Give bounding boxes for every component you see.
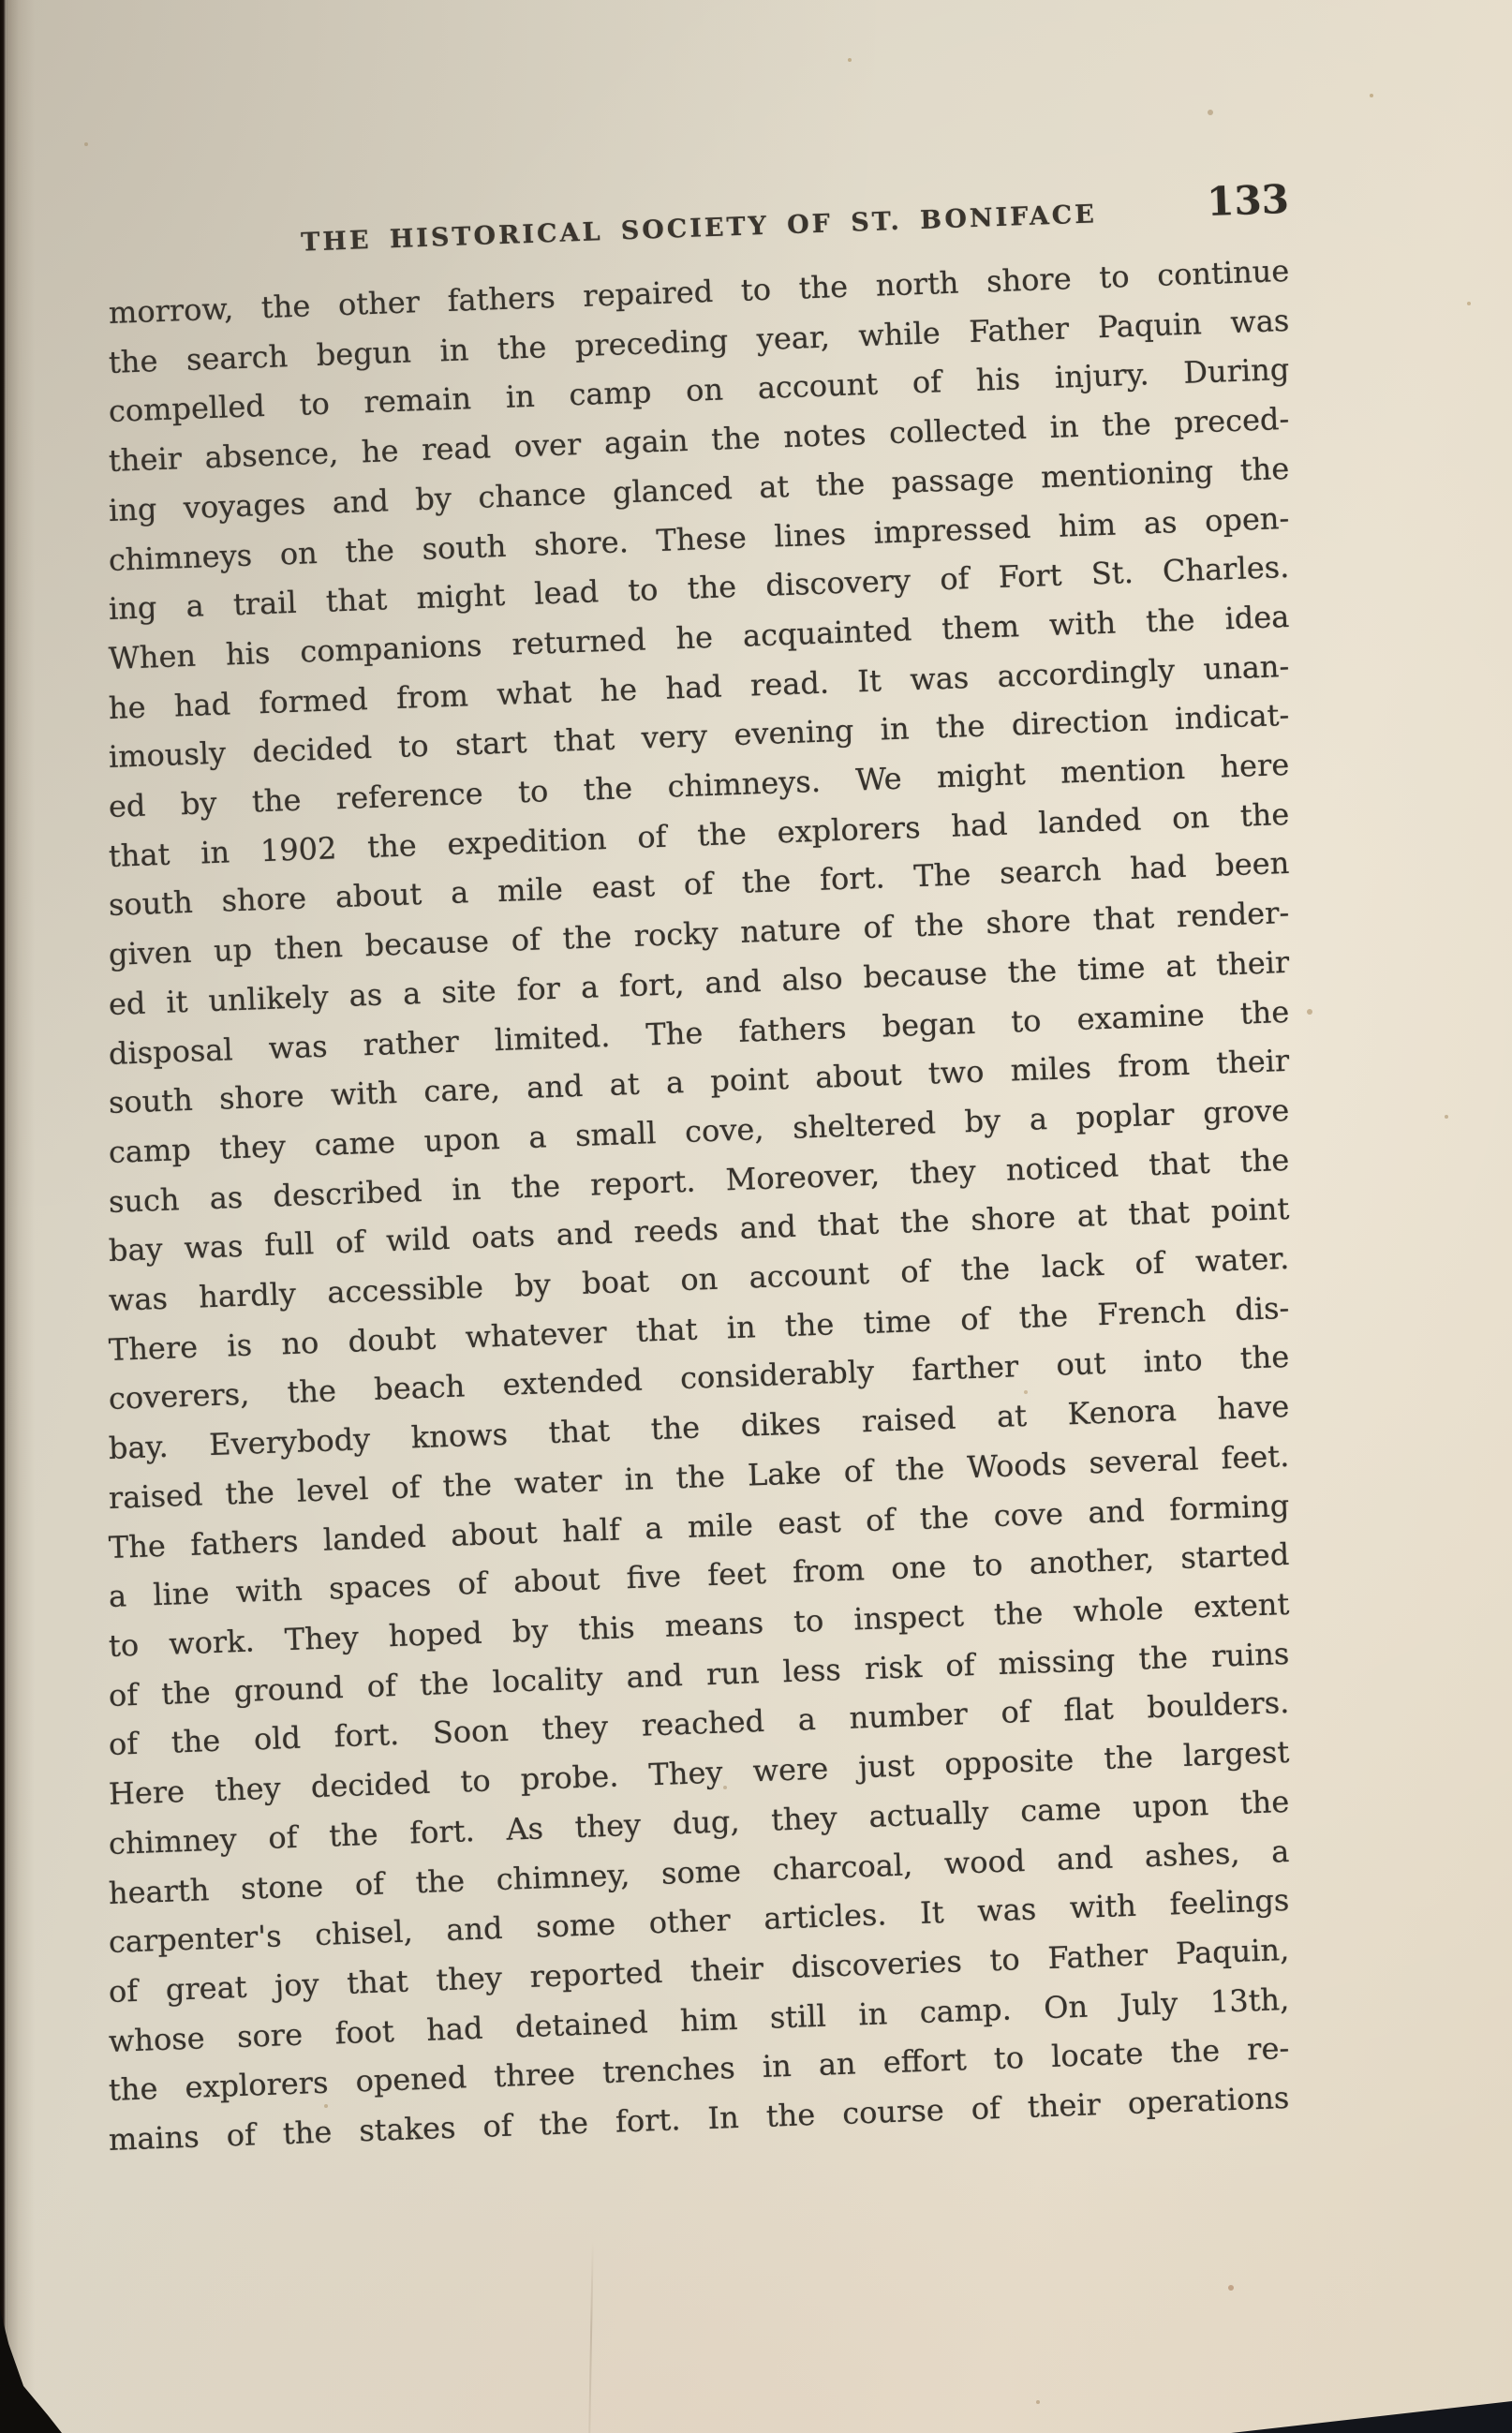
- page-number: 133: [1206, 179, 1289, 223]
- scanned-book-page: THE HISTORICAL SOCIETY OF ST. BONIFACE 1…: [0, 0, 1512, 2433]
- page-text-block: THE HISTORICAL SOCIETY OF ST. BONIFACE 1…: [109, 230, 1290, 2165]
- body-text: morrow, the other fathers repaired to th…: [109, 289, 1290, 2165]
- paper-specks: [0, 0, 4, 4]
- gutter-shadow: [7, 0, 35, 2433]
